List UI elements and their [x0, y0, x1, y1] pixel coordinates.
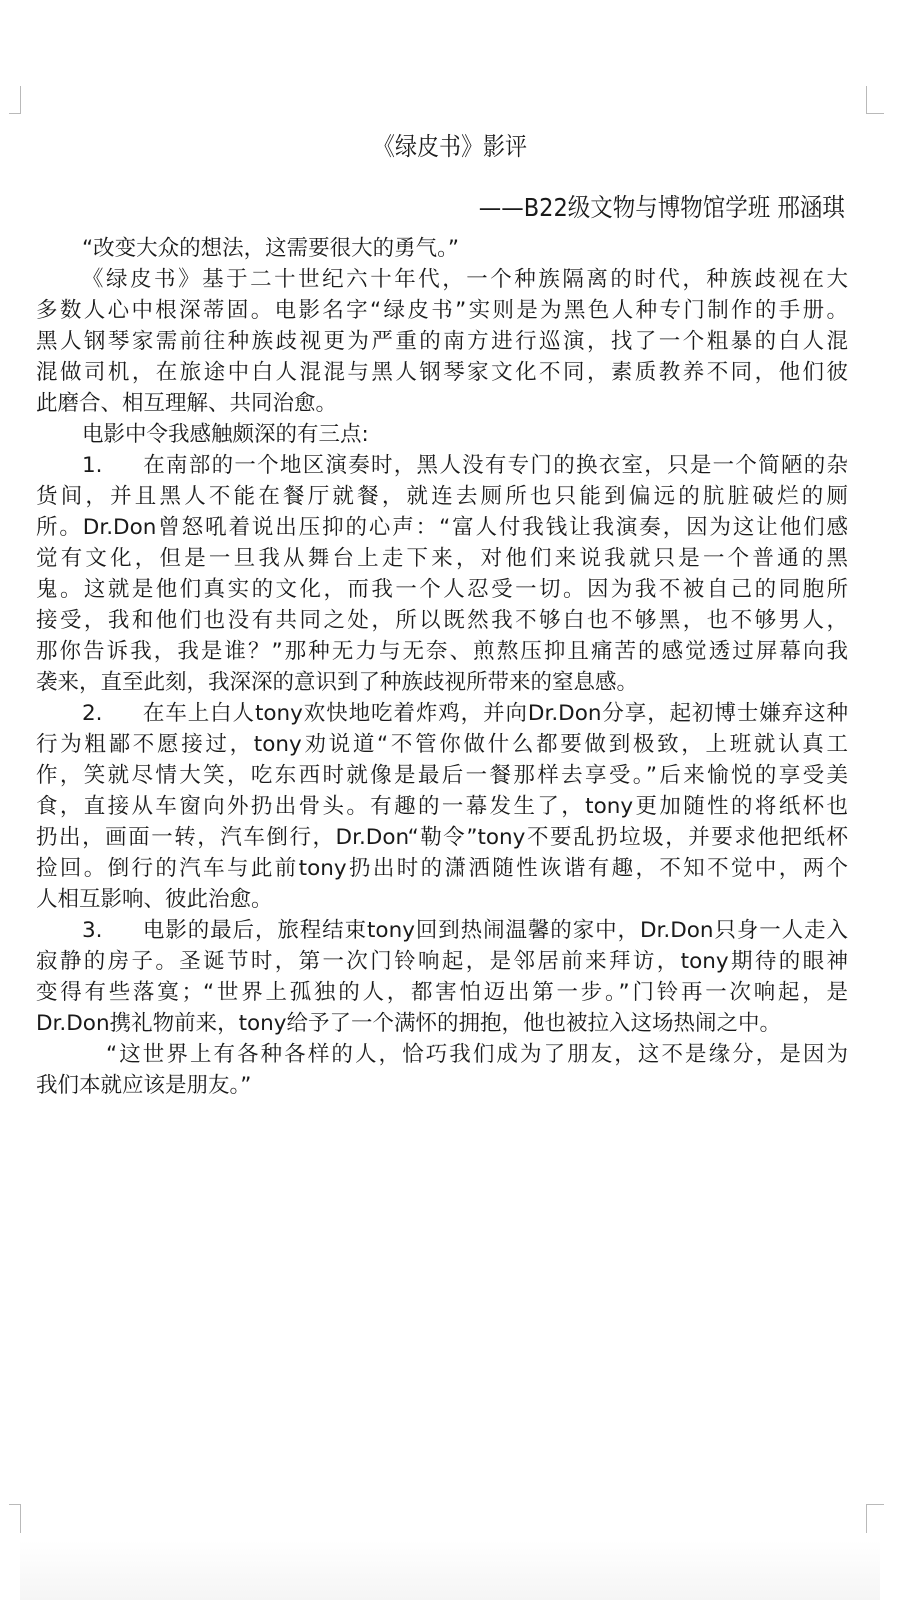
- intro-paragraph: 《绿皮书》基于二十世纪六十年代，一个种族隔离的时代，种族歧视在大 多数人心中根深…: [36, 264, 848, 419]
- document-title: 《绿皮书》影评: [54, 127, 846, 163]
- paragraph-line: 黑人钢琴家需前往种族歧视更为严重的南方进行巡演，找了一个粗暴的白人混: [36, 326, 848, 357]
- paragraph-line: 人相互影响、彼此治愈。: [36, 884, 848, 915]
- list-item-first-line: 2.在车上白人tony欢快地吃着炸鸡，并向Dr.Don分享，起初博士嫌弃这种: [36, 698, 848, 729]
- document-body: “改变大众的想法，这需要很大的勇气。” 《绿皮书》基于二十世纪六十年代，一个种族…: [36, 233, 848, 1101]
- list-item-first-line: 1.在南部的一个地区演奏时，黑人没有专门的换衣室，只是一个简陋的杂: [36, 450, 848, 481]
- top-right-margin-marker: [866, 86, 884, 114]
- paragraph-line: 我们本就应该是朋友。”: [36, 1070, 848, 1101]
- paragraph-line: 混做司机，在旅途中白人混混与黑人钢琴家文化不同，素质教养不同，他们彼: [36, 357, 848, 388]
- page-bottom-shadow: [20, 1540, 880, 1600]
- paragraph-line: 货间，并且黑人不能在餐厅就餐，就连去厕所也只能到偏远的肮脏破烂的厕: [36, 481, 848, 512]
- point-2: 2.在车上白人tony欢快地吃着炸鸡，并向Dr.Don分享，起初博士嫌弃这种 行…: [36, 698, 848, 915]
- paragraph-line: 接受，我和他们也没有共同之处，所以既然我不够白也不够黑，也不够男人，: [36, 605, 848, 636]
- paragraph-line: 鬼。这就是他们真实的文化，而我一个人忍受一切。因为我不被自己的同胞所: [36, 574, 848, 605]
- paragraph-text: 在车上白人tony欢快地吃着炸鸡，并向Dr.Don分享，起初博士嫌弃这种: [142, 701, 848, 726]
- point-1: 1.在南部的一个地区演奏时，黑人没有专门的换衣室，只是一个简陋的杂 货间，并且黑…: [36, 450, 848, 698]
- paragraph-line: 《绿皮书》基于二十世纪六十年代，一个种族隔离的时代，种族歧视在大: [36, 264, 848, 295]
- paragraph-line: 觉有文化，但是一旦我从舞台上走下来，对他们来说我就只是一个普通的黑: [36, 543, 848, 574]
- paragraph-line: 所。Dr.Don曾怒吼着说出压抑的心声：“富人付我钱让我演奏，因为这让他们感: [36, 512, 848, 543]
- paragraph-line: 那你告诉我，我是谁？”那种无力与无奈、煎熬压抑且痛苦的感觉透过屏幕向我: [36, 636, 848, 667]
- paragraph-line: 食，直接从车窗向外扔出骨头。有趣的一幕发生了，tony更加随性的将纸杯也: [36, 791, 848, 822]
- paragraph-line: Dr.Don携礼物前来，tony给予了一个满怀的拥抱，他也被拉入这场热闹之中。: [36, 1008, 848, 1039]
- points-intro: 电影中令我感触颇深的有三点:: [36, 419, 848, 450]
- paragraph-line: 作，笑就尽情大笑，吃东西时就像是最后一餐那样去享受。”后来愉悦的享受美: [36, 760, 848, 791]
- closing-quote: “这世界上有各种各样的人，恰巧我们成为了朋友，这不是缘分，是因为 我们本就应该是…: [36, 1039, 848, 1101]
- list-number: 1.: [82, 450, 142, 481]
- list-item-first-line: 3.电影的最后，旅程结束tony回到热闹温馨的家中，Dr.Don只身一人走入: [36, 915, 848, 946]
- bottom-right-margin-marker: [866, 1504, 884, 1533]
- paragraph-text: 电影的最后，旅程结束tony回到热闹温馨的家中，Dr.Don只身一人走入: [142, 918, 848, 943]
- list-number: 2.: [82, 698, 142, 729]
- paragraph-text: 在南部的一个地区演奏时，黑人没有专门的换衣室，只是一个简陋的杂: [142, 453, 848, 478]
- document-page: 《绿皮书》影评 ——B22级文物与博物馆学班 邢涵琪 “改变大众的想法，这需要很…: [0, 0, 900, 1600]
- opening-quote: “改变大众的想法，这需要很大的勇气。”: [36, 233, 848, 264]
- paragraph-line: 多数人心中根深蒂固。电影名字“绿皮书”实则是为黑色人种专门制作的手册。: [36, 295, 848, 326]
- paragraph-line: “这世界上有各种各样的人，恰巧我们成为了朋友，这不是缘分，是因为: [36, 1039, 848, 1070]
- paragraph-line: 袭来，直至此刻，我深深的意识到了种族歧视所带来的窒息感。: [36, 667, 848, 698]
- point-3: 3.电影的最后，旅程结束tony回到热闹温馨的家中，Dr.Don只身一人走入 寂…: [36, 915, 848, 1039]
- paragraph-line: 变得有些落寞；“世界上孤独的人，都害怕迈出第一步。”门铃再一次响起，是: [36, 977, 848, 1008]
- author-byline: ——B22级文物与博物馆学班 邢涵琪: [479, 188, 845, 224]
- bottom-left-margin-marker: [9, 1504, 21, 1533]
- paragraph-line: 此磨合、相互理解、共同治愈。: [36, 388, 848, 419]
- top-left-margin-marker: [9, 86, 21, 114]
- paragraph-line: 行为粗鄙不愿接过，tony劝说道“不管你做什么都要做到极致，上班就认真工: [36, 729, 848, 760]
- list-number: 3.: [82, 915, 142, 946]
- paragraph-line: 捡回。倒行的汽车与此前tony扔出时的潇洒随性诙谐有趣，不知不觉中，两个: [36, 853, 848, 884]
- paragraph-line: 扔出，画面一转，汽车倒行，Dr.Don“勒令”tony不要乱扔垃圾，并要求他把纸…: [36, 822, 848, 853]
- paragraph-line: 寂静的房子。圣诞节时，第一次门铃响起，是邻居前来拜访，tony期待的眼神: [36, 946, 848, 977]
